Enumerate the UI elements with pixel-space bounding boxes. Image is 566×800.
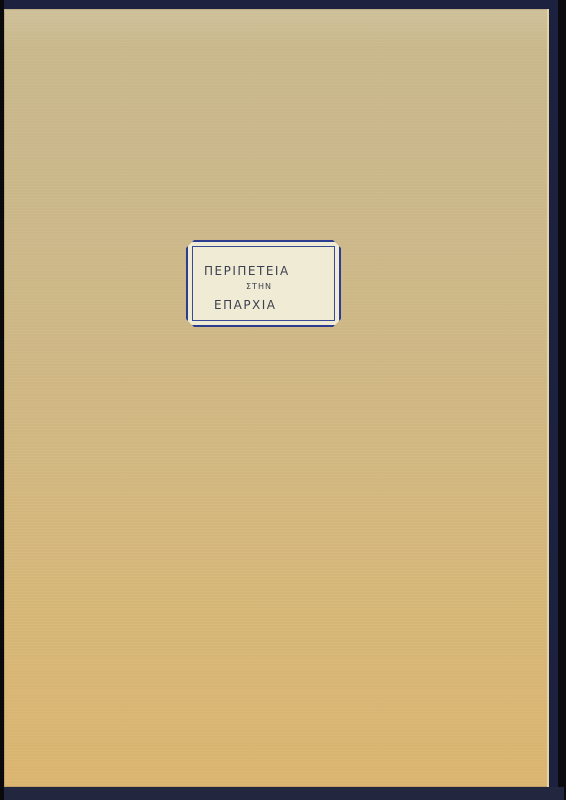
scan-right-edge [558,0,566,800]
label-title-line-3: ΕΠΑΡΧΙΑ [214,298,277,312]
folder-edge [547,9,549,787]
label-title-line-2: ΣΤΗΝ [246,282,272,291]
folder-cover [4,9,549,787]
title-label: ΠΕΡΙΠΕΤΕΙΑ ΣΤΗΝ ΕΠΑΡΧΙΑ [186,240,341,327]
scan-bottom-edge [4,787,564,800]
label-title-line-1: ΠΕΡΙΠΕΤΕΙΑ [204,264,290,278]
